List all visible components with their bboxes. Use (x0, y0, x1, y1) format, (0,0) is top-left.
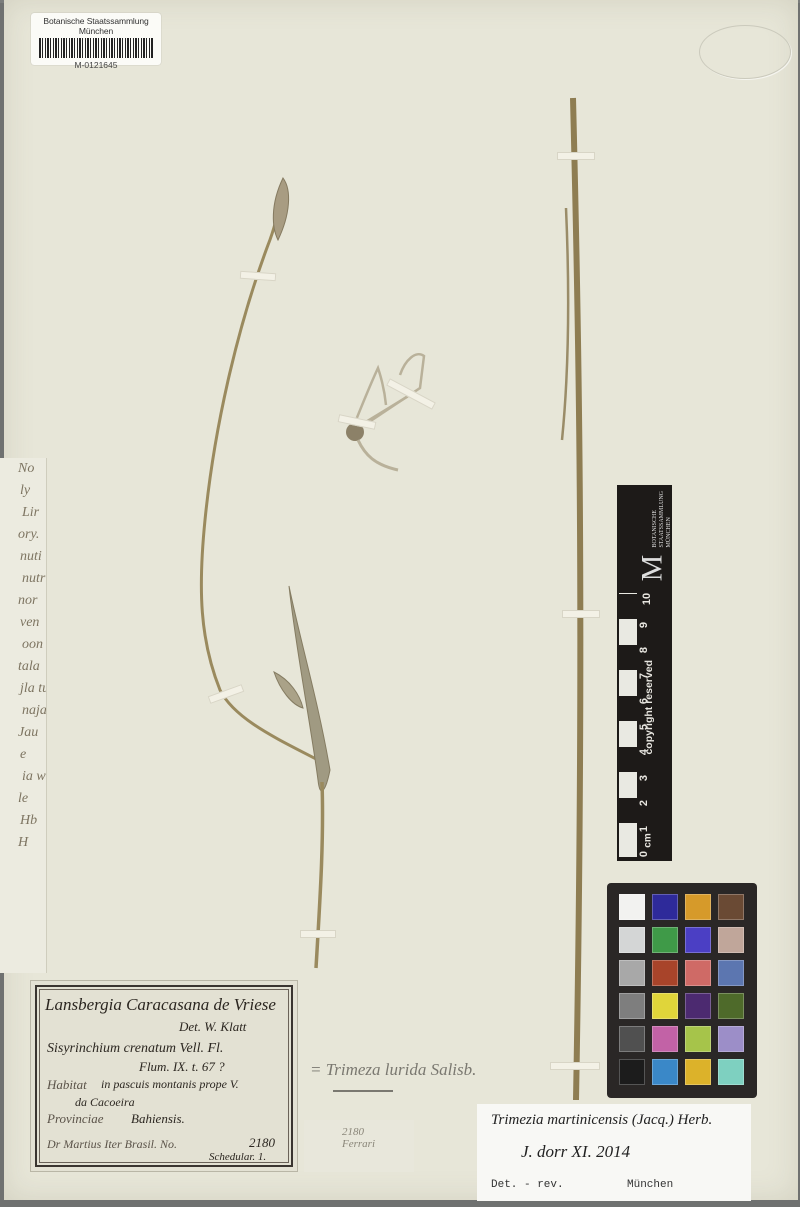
color-swatch (718, 993, 744, 1019)
institution-logo: BOTANISCHESTAATSSAMMLUNGMÜNCHEN M (637, 489, 670, 589)
label-line: Schedular. 1. (209, 1151, 266, 1163)
slip-name: Ferrari (342, 1138, 414, 1150)
color-swatch (718, 960, 744, 986)
mounting-strap (557, 152, 595, 160)
copyright-text: copyright reserved (643, 660, 663, 755)
scale-segment (619, 721, 637, 747)
leaf-fragment (562, 208, 568, 440)
color-swatch (718, 894, 744, 920)
det-rev-text: Det. - rev. (491, 1179, 564, 1191)
color-swatch (685, 894, 711, 920)
determined-taxon: Trimezia martinicensis (Jacq.) Herb. (491, 1112, 712, 1129)
scale-tick-label: 8 (638, 647, 650, 653)
color-swatch (652, 993, 678, 1019)
color-swatch (619, 993, 645, 1019)
mounting-strap (550, 1062, 600, 1070)
label-line: Flum. IX. t. 67 ? (139, 1059, 225, 1075)
label-line: Lansbergia Caracasana de Vriese (45, 995, 276, 1015)
scale-ticks (619, 593, 637, 857)
scale-tick-label: 9 (638, 621, 650, 627)
color-swatch (619, 1026, 645, 1052)
color-calibration-chart (607, 883, 757, 1098)
scale-bar: BOTANISCHESTAATSSAMMLUNGMÜNCHEN M 012345… (617, 485, 672, 861)
mounting-strap (562, 610, 600, 618)
logo-line: BOTANISCHE (652, 510, 658, 548)
color-swatch (685, 1026, 711, 1052)
label-line: Det. W. Klatt (179, 1019, 246, 1035)
scale-unit: cm (643, 833, 654, 847)
logo-mark: M (635, 555, 669, 582)
color-swatch (619, 927, 645, 953)
scale-segment (619, 797, 637, 823)
color-swatch (718, 927, 744, 953)
determination-label: Trimezia martinicensis (Jacq.) Herb. J. … (477, 1104, 751, 1201)
color-swatch (718, 1059, 744, 1085)
bract (274, 672, 303, 708)
scale-segment (619, 644, 637, 670)
pencil-underline (333, 1090, 393, 1092)
label-line: Habitat (47, 1077, 87, 1093)
scale-tick-label: 1 (638, 825, 650, 831)
color-swatch (685, 960, 711, 986)
scale-segment (619, 695, 637, 721)
label-line: Sisyrinchium crenatum Vell. Fl. (47, 1041, 223, 1057)
color-swatch (652, 1026, 678, 1052)
slip-number: 2180 (342, 1126, 414, 1138)
label-line: 2180 (249, 1135, 275, 1151)
color-swatch (652, 894, 678, 920)
color-swatch (685, 1059, 711, 1085)
color-swatch (652, 1059, 678, 1085)
long-stem (573, 98, 580, 1100)
label-line: Dr Martius Iter Brasil. No. (47, 1137, 177, 1152)
small-number-slip: 2180 Ferrari (304, 1120, 414, 1172)
flower-spathe (273, 178, 288, 240)
logo-line: MÜNCHEN (666, 517, 672, 547)
label-line: in pascuis montanis prope V. (101, 1077, 239, 1092)
mounting-strap (300, 930, 336, 938)
color-swatch (652, 927, 678, 953)
color-swatch (619, 894, 645, 920)
scale-tick-label: 3 (638, 774, 650, 780)
det-location: München (627, 1179, 673, 1191)
determiner-date: J. dorr XI. 2014 (521, 1142, 630, 1162)
scale-tick-label: 0 (638, 851, 650, 857)
scale-tick-label: 2 (638, 800, 650, 806)
logo-line: STAATSSAMMLUNG (659, 491, 665, 548)
label-line: Bahiensis. (131, 1111, 185, 1127)
scale-tick-label: 10 (641, 593, 653, 605)
leaf-blade (289, 586, 330, 791)
scale-segment (619, 746, 637, 772)
scale-segment (619, 593, 637, 619)
color-swatch (619, 960, 645, 986)
corm-fragment (346, 354, 424, 470)
lower-stem (316, 782, 323, 968)
scale-segment (619, 772, 637, 798)
color-swatch (718, 1026, 744, 1052)
label-line: da Cacoeira (75, 1095, 135, 1110)
color-swatch (685, 927, 711, 953)
scale-segment (619, 619, 637, 645)
color-swatch (619, 1059, 645, 1085)
label-line: Provinciae (47, 1111, 104, 1127)
scale-segment (619, 670, 637, 696)
color-swatch (685, 993, 711, 1019)
color-swatch (652, 960, 678, 986)
pencil-annotation: = Trimeza lurida Salisb. (310, 1060, 476, 1080)
original-collection-label: Lansbergia Caracasana de Vriese Det. W. … (30, 980, 298, 1172)
scale-segment (619, 823, 637, 849)
